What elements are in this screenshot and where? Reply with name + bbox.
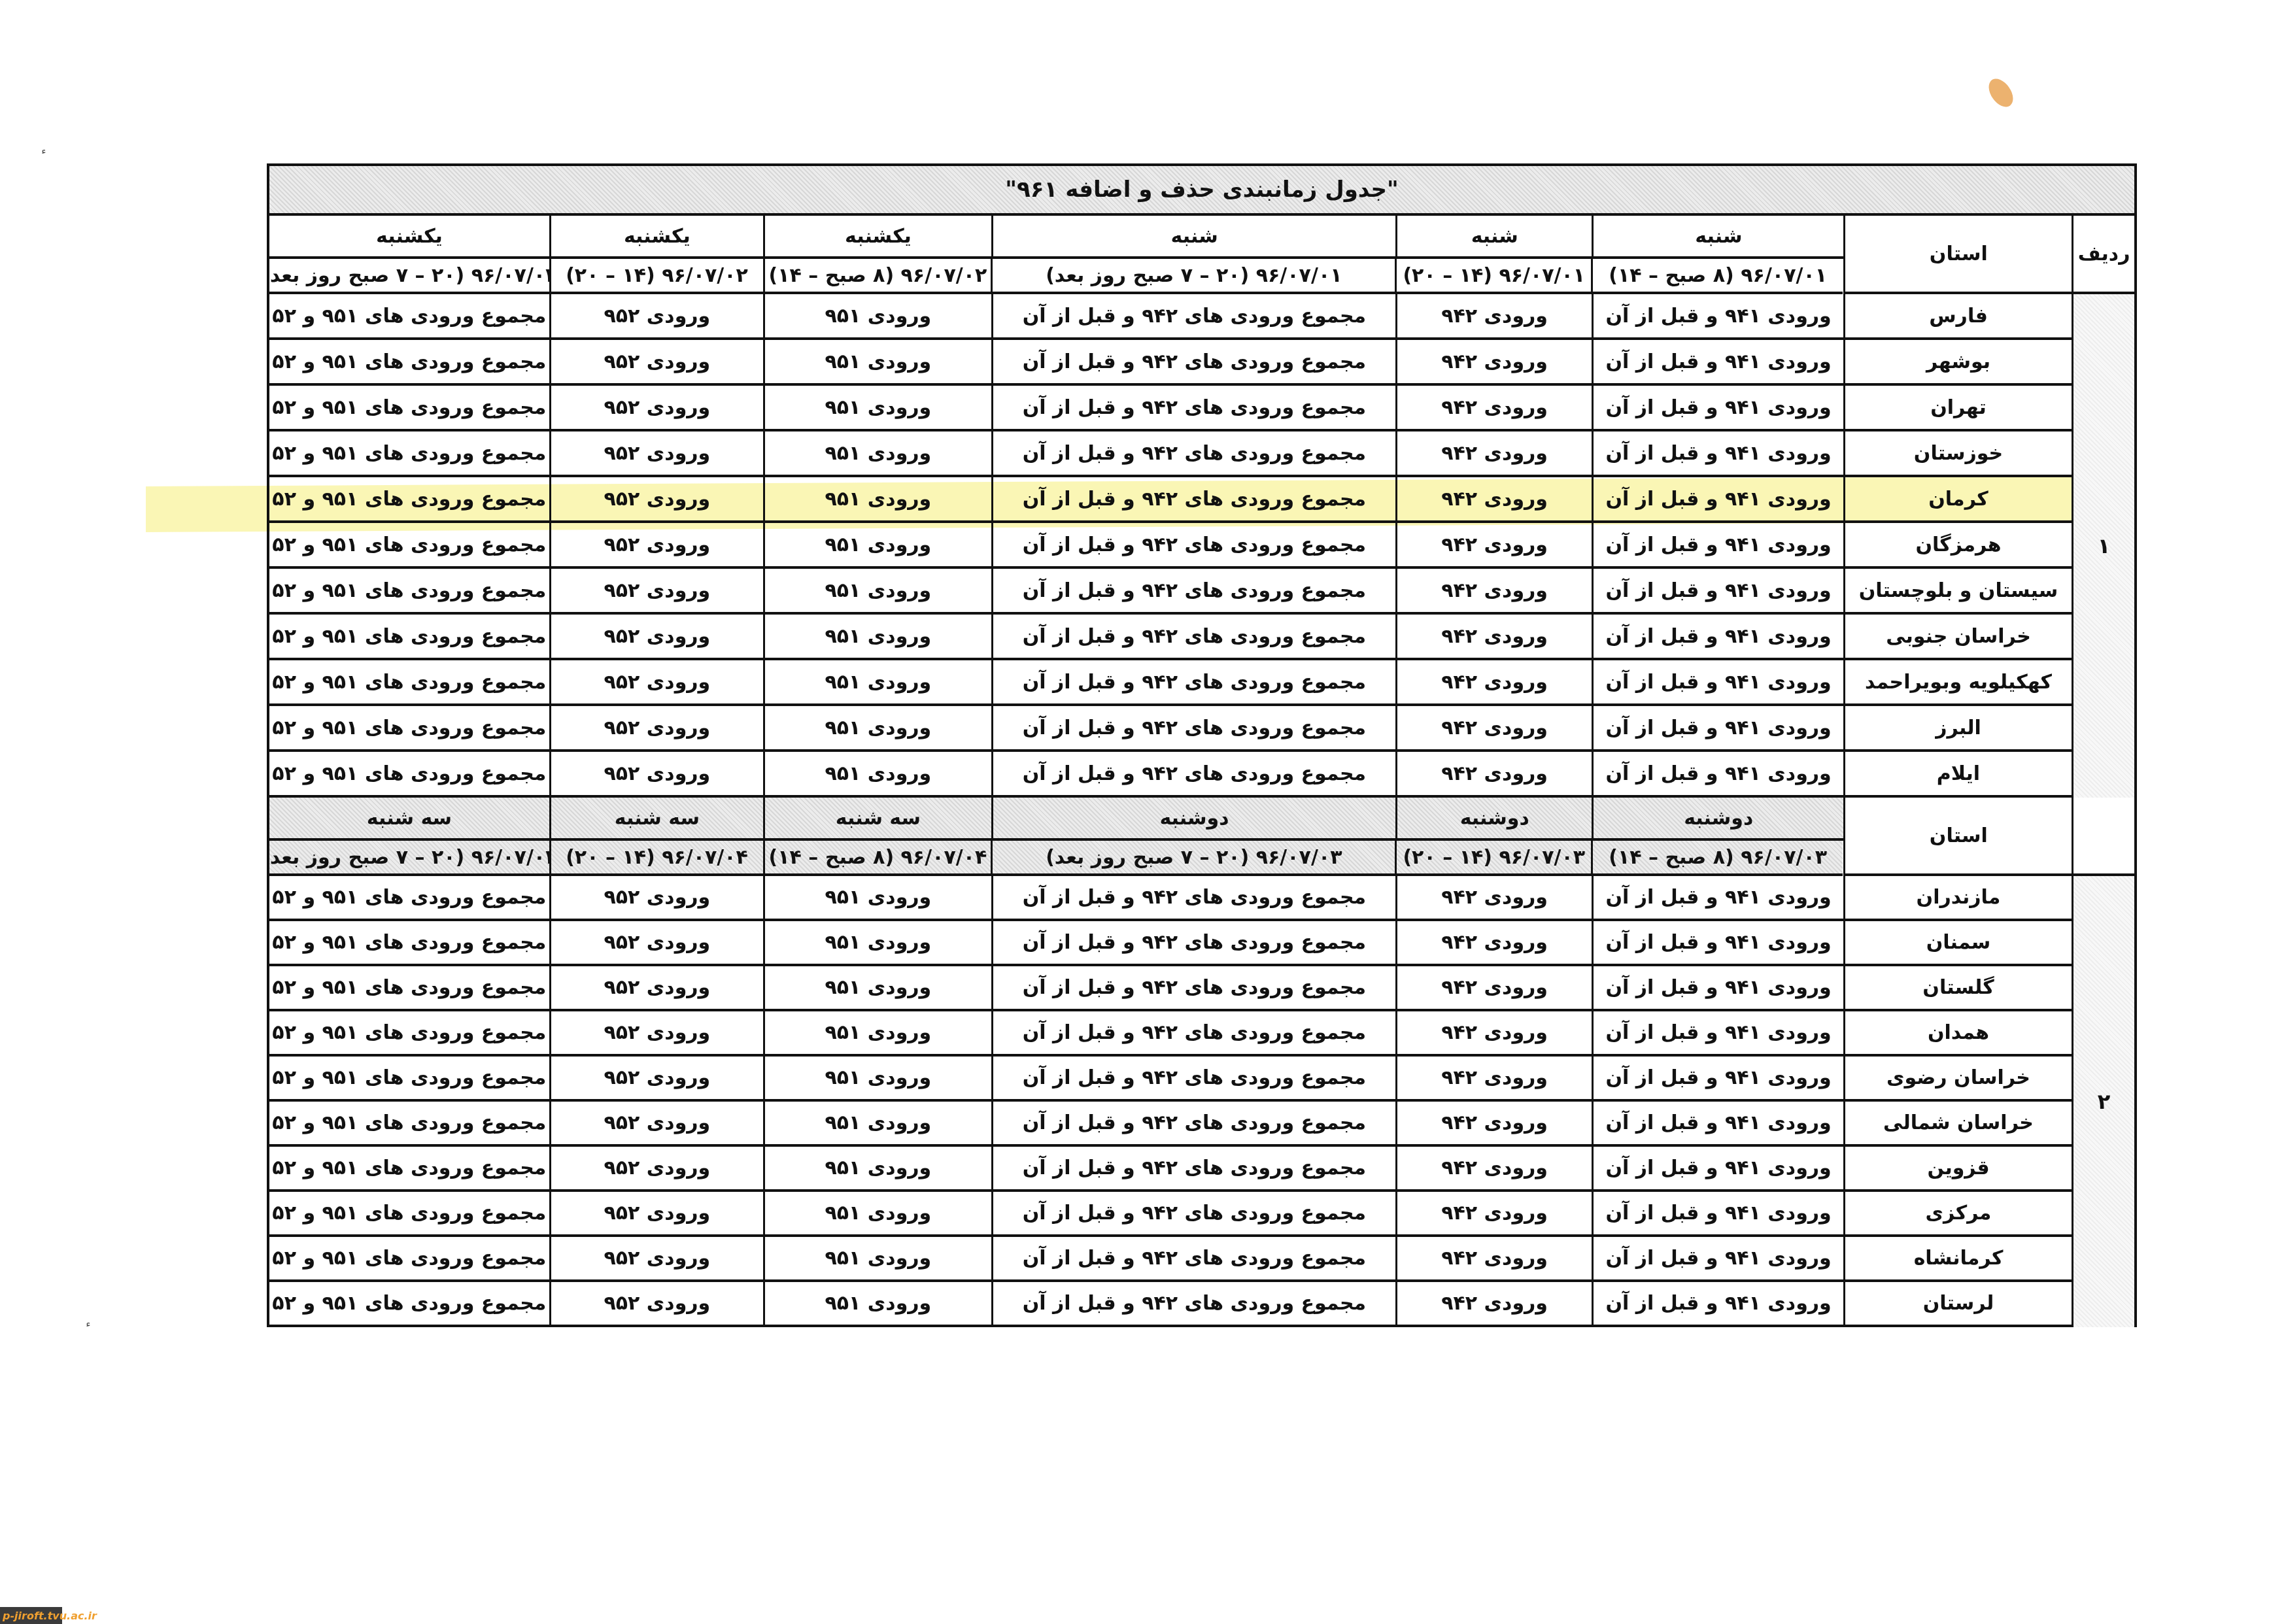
slot-cell: ورودی ۹۵۱	[763, 966, 991, 1011]
slot-cell: ورودی ۹۴۱ و قبل از آن	[1592, 706, 1843, 752]
header-day: یکشنبه	[763, 216, 991, 259]
header-time: ۹۶/۰۷/۰۳ (۸ صبح – ۱۴)	[1591, 841, 1843, 876]
table-row: سمنانورودی ۹۴۱ و قبل از آنورودی ۹۴۲مجموع…	[269, 921, 2134, 966]
slot-cell: مجموع ورودی های ۹۵۱ و ۵۲	[269, 1011, 549, 1057]
slot-cell: ورودی ۹۵۲	[549, 1057, 763, 1102]
province-cell: خراسان شمالی	[1843, 1102, 2072, 1147]
slot-cell: مجموع ورودی های ۹۵۱ و ۵۲	[269, 340, 549, 386]
slot-cell: ورودی ۹۴۱ و قبل از آن	[1592, 386, 1843, 431]
province-cell: مرکزی	[1843, 1192, 2072, 1237]
slot-cell: ورودی ۹۵۱	[763, 477, 991, 523]
header-day: یکشنبه	[269, 216, 549, 259]
slot-cell: ورودی ۹۵۲	[549, 615, 763, 660]
slot-cell: مجموع ورودی های ۹۴۲ و قبل از آن	[991, 1011, 1395, 1057]
header-day: سه شنبه	[269, 798, 549, 841]
province-cell: سیستان و بلوچستان	[1843, 569, 2072, 615]
table-row: هرمزگانورودی ۹۴۱ و قبل از آنورودی ۹۴۲مجم…	[269, 523, 2134, 569]
table-row: لرستانورودی ۹۴۱ و قبل از آنورودی ۹۴۲مجمو…	[269, 1282, 2134, 1327]
header-day: یکشنبه	[549, 216, 763, 259]
slot-cell: مجموع ورودی های ۹۴۲ و قبل از آن	[991, 1147, 1395, 1192]
table-row: قزوینورودی ۹۴۱ و قبل از آنورودی ۹۴۲مجموع…	[269, 1147, 2134, 1192]
table-row: خراسان جنوبیورودی ۹۴۱ و قبل از آنورودی ۹…	[269, 615, 2134, 660]
table-row: بوشهرورودی ۹۴۱ و قبل از آنورودی ۹۴۲مجموع…	[269, 340, 2134, 386]
header-ostan: استان	[1843, 798, 2072, 876]
slot-cell: ورودی ۹۴۱ و قبل از آن	[1592, 752, 1843, 798]
slot-cell: ورودی ۹۵۲	[549, 876, 763, 921]
slot-cell: ورودی ۹۴۲	[1395, 1282, 1592, 1327]
slot-cell: ورودی ۹۴۲	[1395, 294, 1592, 340]
header-day: دوشنبه	[991, 798, 1395, 841]
slot-cell: مجموع ورودی های ۹۵۱ و ۵۲	[269, 1192, 549, 1237]
slot-cell: مجموع ورودی های ۹۵۱ و ۵۲	[269, 876, 549, 921]
header-time: ۹۶/۰۷/۰۴ (۲۰ – ۷ صبح روز بعد)	[269, 841, 549, 876]
table-row: مازندرانورودی ۹۴۱ و قبل از آنورودی ۹۴۲مج…	[269, 876, 2134, 921]
slot-cell: ورودی ۹۴۱ و قبل از آن	[1592, 431, 1843, 477]
slot-cell: ورودی ۹۴۲	[1395, 1102, 1592, 1147]
slot-cell: مجموع ورودی های ۹۴۲ و قبل از آن	[991, 1057, 1395, 1102]
slot-cell: مجموع ورودی های ۹۴۲ و قبل از آن	[991, 1282, 1395, 1327]
slot-cell: ورودی ۹۴۲	[1395, 660, 1592, 706]
slot-cell: ورودی ۹۵۲	[549, 660, 763, 706]
header-day: دوشنبه	[1395, 798, 1592, 841]
slot-cell: ورودی ۹۵۱	[763, 431, 991, 477]
slot-cell: مجموع ورودی های ۹۵۱ و ۵۲	[269, 477, 549, 523]
table-row: کهکیلویه وبویراحمدورودی ۹۴۱ و قبل از آنو…	[269, 660, 2134, 706]
slot-cell: مجموع ورودی های ۹۴۲ و قبل از آن	[991, 523, 1395, 569]
table-row: خراسان رضویورودی ۹۴۱ و قبل از آنورودی ۹۴…	[269, 1057, 2134, 1102]
slot-cell: ورودی ۹۵۱	[763, 1282, 991, 1327]
province-cell: بوشهر	[1843, 340, 2072, 386]
province-cell: کرمان	[1843, 477, 2072, 523]
province-cell: کهکیلویه وبویراحمد	[1843, 660, 2072, 706]
slot-cell: مجموع ورودی های ۹۴۲ و قبل از آن	[991, 615, 1395, 660]
slot-cell: ورودی ۹۵۱	[763, 1057, 991, 1102]
slot-cell: مجموع ورودی های ۹۵۱ و ۵۲	[269, 523, 549, 569]
slot-cell: ورودی ۹۴۱ و قبل از آن	[1592, 523, 1843, 569]
province-cell: لرستان	[1843, 1282, 2072, 1327]
slot-cell: ورودی ۹۵۲	[549, 966, 763, 1011]
slot-cell: ورودی ۹۴۲	[1395, 1057, 1592, 1102]
slot-cell: ورودی ۹۵۱	[763, 523, 991, 569]
slot-cell: ورودی ۹۵۱	[763, 876, 991, 921]
slot-cell: ورودی ۹۴۲	[1395, 752, 1592, 798]
slot-cell: مجموع ورودی های ۹۵۱ و ۵۲	[269, 660, 549, 706]
province-cell: گلستان	[1843, 966, 2072, 1011]
slot-cell: ورودی ۹۴۱ و قبل از آن	[1592, 1102, 1843, 1147]
table-row: همدانورودی ۹۴۱ و قبل از آنورودی ۹۴۲مجموع…	[269, 1011, 2134, 1057]
province-cell: تهران	[1843, 386, 2072, 431]
slot-cell: مجموع ورودی های ۹۴۲ و قبل از آن	[991, 477, 1395, 523]
province-cell: کرمانشاه	[1843, 1237, 2072, 1282]
slot-cell: مجموع ورودی های ۹۵۱ و ۵۲	[269, 752, 549, 798]
slot-cell: مجموع ورودی های ۹۵۱ و ۵۲	[269, 294, 549, 340]
slot-cell: مجموع ورودی های ۹۴۲ و قبل از آن	[991, 386, 1395, 431]
slot-cell: ورودی ۹۵۱	[763, 921, 991, 966]
slot-cell: ورودی ۹۴۲	[1395, 1011, 1592, 1057]
header-day: شنبه	[1592, 216, 1843, 259]
slot-cell: ورودی ۹۵۲	[549, 921, 763, 966]
header-radif-blank	[2072, 798, 2134, 876]
slot-cell: مجموع ورودی های ۹۴۲ و قبل از آن	[991, 966, 1395, 1011]
schedule-table: "جدول زمانبندی حذف و اضافه ۹۶۱" ردیفاستا…	[267, 163, 2137, 1327]
slot-cell: ورودی ۹۴۲	[1395, 1147, 1592, 1192]
slot-cell: مجموع ورودی های ۹۵۱ و ۵۲	[269, 431, 549, 477]
slot-cell: ورودی ۹۵۱	[763, 340, 991, 386]
slot-cell: ورودی ۹۵۱	[763, 1011, 991, 1057]
slot-cell: ورودی ۹۵۱	[763, 660, 991, 706]
slot-cell: ورودی ۹۴۱ و قبل از آن	[1592, 1282, 1843, 1327]
slot-cell: مجموع ورودی های ۹۴۲ و قبل از آن	[991, 431, 1395, 477]
slot-cell: ورودی ۹۵۲	[549, 294, 763, 340]
header-time: ۹۶/۰۷/۰۱ (۱۴ – ۲۰)	[1395, 259, 1591, 294]
slot-cell: مجموع ورودی های ۹۵۱ و ۵۲	[269, 706, 549, 752]
paper-stain	[1984, 75, 2018, 112]
table-row: خوزستانورودی ۹۴۱ و قبل از آنورودی ۹۴۲مجم…	[269, 431, 2134, 477]
table-row: البرزورودی ۹۴۱ و قبل از آنورودی ۹۴۲مجموع…	[269, 706, 2134, 752]
slot-cell: مجموع ورودی های ۹۵۱ و ۵۲	[269, 569, 549, 615]
slot-cell: ورودی ۹۴۲	[1395, 569, 1592, 615]
slot-cell: ورودی ۹۵۲	[549, 1192, 763, 1237]
slot-cell: ورودی ۹۴۲	[1395, 431, 1592, 477]
slot-cell: مجموع ورودی های ۹۵۱ و ۵۲	[269, 966, 549, 1011]
table-row: گلستانورودی ۹۴۱ و قبل از آنورودی ۹۴۲مجمو…	[269, 966, 2134, 1011]
slot-cell: ورودی ۹۴۲	[1395, 966, 1592, 1011]
slot-cell: ورودی ۹۴۱ و قبل از آن	[1592, 1237, 1843, 1282]
slot-cell: ورودی ۹۴۱ و قبل از آن	[1592, 660, 1843, 706]
header-day: دوشنبه	[1592, 798, 1843, 841]
slot-cell: ورودی ۹۵۱	[763, 569, 991, 615]
header-time: ۹۶/۰۷/۰۱ (۸ صبح – ۱۴)	[1591, 259, 1843, 294]
province-cell: فارس	[1843, 294, 2072, 340]
table-row: کرمانشاهورودی ۹۴۱ و قبل از آنورودی ۹۴۲مج…	[269, 1237, 2134, 1282]
header-time: ۹۶/۰۷/۰۲ (۸ صبح – ۱۴)	[763, 259, 991, 294]
province-cell: خوزستان	[1843, 431, 2072, 477]
table-header-day-row: استاندوشنبهدوشنبهدوشنبهسه شنبهسه شنبهسه …	[269, 798, 2134, 841]
slot-cell: ورودی ۹۵۲	[549, 523, 763, 569]
slot-cell: ورودی ۹۵۲	[549, 431, 763, 477]
slot-cell: مجموع ورودی های ۹۴۲ و قبل از آن	[991, 1102, 1395, 1147]
slot-cell: ورودی ۹۴۱ و قبل از آن	[1592, 294, 1843, 340]
slot-cell: ورودی ۹۵۱	[763, 752, 991, 798]
slot-cell: ورودی ۹۴۲	[1395, 523, 1592, 569]
slot-cell: مجموع ورودی های ۹۵۱ و ۵۲	[269, 1102, 549, 1147]
slot-cell: ورودی ۹۵۲	[549, 477, 763, 523]
header-time: ۹۶/۰۷/۰۱ (۲۰ – ۷ صبح روز بعد)	[991, 259, 1395, 294]
header-radif: ردیف	[2072, 216, 2134, 294]
slot-cell: ورودی ۹۵۲	[549, 706, 763, 752]
province-cell: خراسان رضوی	[1843, 1057, 2072, 1102]
header-time: ۹۶/۰۷/۰۲ (۱۴ – ۲۰)	[549, 259, 763, 294]
header-time: ۹۶/۰۷/۰۲ (۲۰ – ۷ صبح روز بعد)	[269, 259, 549, 294]
slot-cell: مجموع ورودی های ۹۵۱ و ۵۲	[269, 1282, 549, 1327]
province-cell: مازندران	[1843, 876, 2072, 921]
table-row: مرکزیورودی ۹۴۱ و قبل از آنورودی ۹۴۲مجموع…	[269, 1192, 2134, 1237]
province-cell: هرمزگان	[1843, 523, 2072, 569]
slot-cell: ورودی ۹۵۱	[763, 1192, 991, 1237]
province-cell: سمنان	[1843, 921, 2072, 966]
slot-cell: ورودی ۹۵۱	[763, 1102, 991, 1147]
slot-cell: مجموع ورودی های ۹۵۱ و ۵۲	[269, 921, 549, 966]
header-day: سه شنبه	[763, 798, 991, 841]
header-ostan: استان	[1843, 216, 2072, 294]
slot-cell: مجموع ورودی های ۹۵۱ و ۵۲	[269, 615, 549, 660]
slot-cell: ورودی ۹۴۲	[1395, 706, 1592, 752]
slot-cell: ورودی ۹۴۱ و قبل از آن	[1592, 477, 1843, 523]
slot-cell: ورودی ۹۵۲	[549, 1282, 763, 1327]
table-row: فارسورودی ۹۴۱ و قبل از آنورودی ۹۴۲مجموع …	[269, 294, 2134, 340]
slot-cell: ورودی ۹۴۲	[1395, 876, 1592, 921]
slot-cell: ورودی ۹۵۲	[549, 1147, 763, 1192]
header-time: ۹۶/۰۷/۰۳ (۱۴ – ۲۰)	[1395, 841, 1591, 876]
slot-cell: مجموع ورودی های ۹۴۲ و قبل از آن	[991, 294, 1395, 340]
slot-cell: مجموع ورودی های ۹۴۲ و قبل از آن	[991, 752, 1395, 798]
slot-cell: ورودی ۹۴۱ و قبل از آن	[1592, 876, 1843, 921]
slot-cell: ورودی ۹۴۲	[1395, 386, 1592, 431]
header-time: ۹۶/۰۷/۰۳ (۲۰ – ۷ صبح روز بعد)	[991, 841, 1395, 876]
slot-cell: ورودی ۹۴۱ و قبل از آن	[1592, 1011, 1843, 1057]
header-day: شنبه	[1395, 216, 1592, 259]
table-row: کرمانورودی ۹۴۱ و قبل از آنورودی ۹۴۲مجموع…	[269, 477, 2134, 523]
table-row: خراسان شمالیورودی ۹۴۱ و قبل از آنورودی ۹…	[269, 1102, 2134, 1147]
slot-cell: ورودی ۹۴۲	[1395, 340, 1592, 386]
province-cell: همدان	[1843, 1011, 2072, 1057]
table-row: تهرانورودی ۹۴۱ و قبل از آنورودی ۹۴۲مجموع…	[269, 386, 2134, 431]
slot-cell: ورودی ۹۴۱ و قبل از آن	[1592, 340, 1843, 386]
slot-cell: ورودی ۹۵۱	[763, 615, 991, 660]
slot-cell: مجموع ورودی های ۹۴۲ و قبل از آن	[991, 876, 1395, 921]
slot-cell: مجموع ورودی های ۹۴۲ و قبل از آن	[991, 921, 1395, 966]
slot-cell: ورودی ۹۵۱	[763, 294, 991, 340]
table-header-day-row: ردیفاستانشنبهشنبهشنبهیکشنبهیکشنبهیکشنبه	[269, 216, 2134, 259]
province-cell: قزوین	[1843, 1147, 2072, 1192]
slot-cell: ورودی ۹۵۱	[763, 706, 991, 752]
scanned-page: ٔ ٔ "جدول زمانبندی حذف و اضافه ۹۶۱" ردیف…	[0, 0, 2286, 1624]
slot-cell: ورودی ۹۴۲	[1395, 1237, 1592, 1282]
slot-cell: ورودی ۹۴۲	[1395, 477, 1592, 523]
slot-cell: ورودی ۹۵۱	[763, 1237, 991, 1282]
slot-cell: ورودی ۹۴۱ و قبل از آن	[1592, 1147, 1843, 1192]
header-day: شنبه	[991, 216, 1395, 259]
slot-cell: ورودی ۹۴۱ و قبل از آن	[1592, 569, 1843, 615]
slot-cell: مجموع ورودی های ۹۵۱ و ۵۲	[269, 1057, 549, 1102]
slot-cell: ورودی ۹۴۱ و قبل از آن	[1592, 966, 1843, 1011]
header-time: ۹۶/۰۷/۰۴ (۸ صبح – ۱۴)	[763, 841, 991, 876]
slot-cell: ورودی ۹۵۱	[763, 386, 991, 431]
slot-cell: ورودی ۹۵۲	[549, 1237, 763, 1282]
province-cell: البرز	[1843, 706, 2072, 752]
slot-cell: مجموع ورودی های ۹۵۱ و ۵۲	[269, 386, 549, 431]
slot-cell: ورودی ۹۴۲	[1395, 1192, 1592, 1237]
header-day: سه شنبه	[549, 798, 763, 841]
slot-cell: مجموع ورودی های ۹۴۲ و قبل از آن	[991, 1237, 1395, 1282]
slot-cell: ورودی ۹۵۲	[549, 1011, 763, 1057]
slot-cell: مجموع ورودی های ۹۴۲ و قبل از آن	[991, 340, 1395, 386]
slot-cell: ورودی ۹۵۲	[549, 569, 763, 615]
slot-cell: مجموع ورودی های ۹۴۲ و قبل از آن	[991, 660, 1395, 706]
table-row: ایلامورودی ۹۴۱ و قبل از آنورودی ۹۴۲مجموع…	[269, 752, 2134, 798]
slot-cell: مجموع ورودی های ۹۴۲ و قبل از آن	[991, 1192, 1395, 1237]
province-cell: خراسان جنوبی	[1843, 615, 2072, 660]
slot-cell: ورودی ۹۵۲	[549, 1102, 763, 1147]
header-time: ۹۶/۰۷/۰۴ (۱۴ – ۲۰)	[549, 841, 763, 876]
site-watermark: p-jiroft.tvu.ac.ir	[0, 1607, 62, 1624]
slot-cell: ورودی ۹۵۲	[549, 340, 763, 386]
slot-cell: ورودی ۹۵۱	[763, 1147, 991, 1192]
table-title: "جدول زمانبندی حذف و اضافه ۹۶۱"	[269, 166, 2134, 216]
slot-cell: ورودی ۹۴۱ و قبل از آن	[1592, 921, 1843, 966]
province-cell: ایلام	[1843, 752, 2072, 798]
slot-cell: ورودی ۹۴۱ و قبل از آن	[1592, 615, 1843, 660]
slot-cell: مجموع ورودی های ۹۵۱ و ۵۲	[269, 1147, 549, 1192]
slot-cell: مجموع ورودی های ۹۴۲ و قبل از آن	[991, 706, 1395, 752]
table-row: سیستان و بلوچستانورودی ۹۴۱ و قبل از آنور…	[269, 569, 2134, 615]
slot-cell: ورودی ۹۴۱ و قبل از آن	[1592, 1192, 1843, 1237]
slot-cell: مجموع ورودی های ۹۵۱ و ۵۲	[269, 1237, 549, 1282]
slot-cell: ورودی ۹۴۲	[1395, 615, 1592, 660]
slot-cell: ورودی ۹۴۱ و قبل از آن	[1592, 1057, 1843, 1102]
slot-cell: ورودی ۹۴۲	[1395, 921, 1592, 966]
slot-cell: ورودی ۹۵۲	[549, 386, 763, 431]
slot-cell: مجموع ورودی های ۹۴۲ و قبل از آن	[991, 569, 1395, 615]
slot-cell: ورودی ۹۵۲	[549, 752, 763, 798]
